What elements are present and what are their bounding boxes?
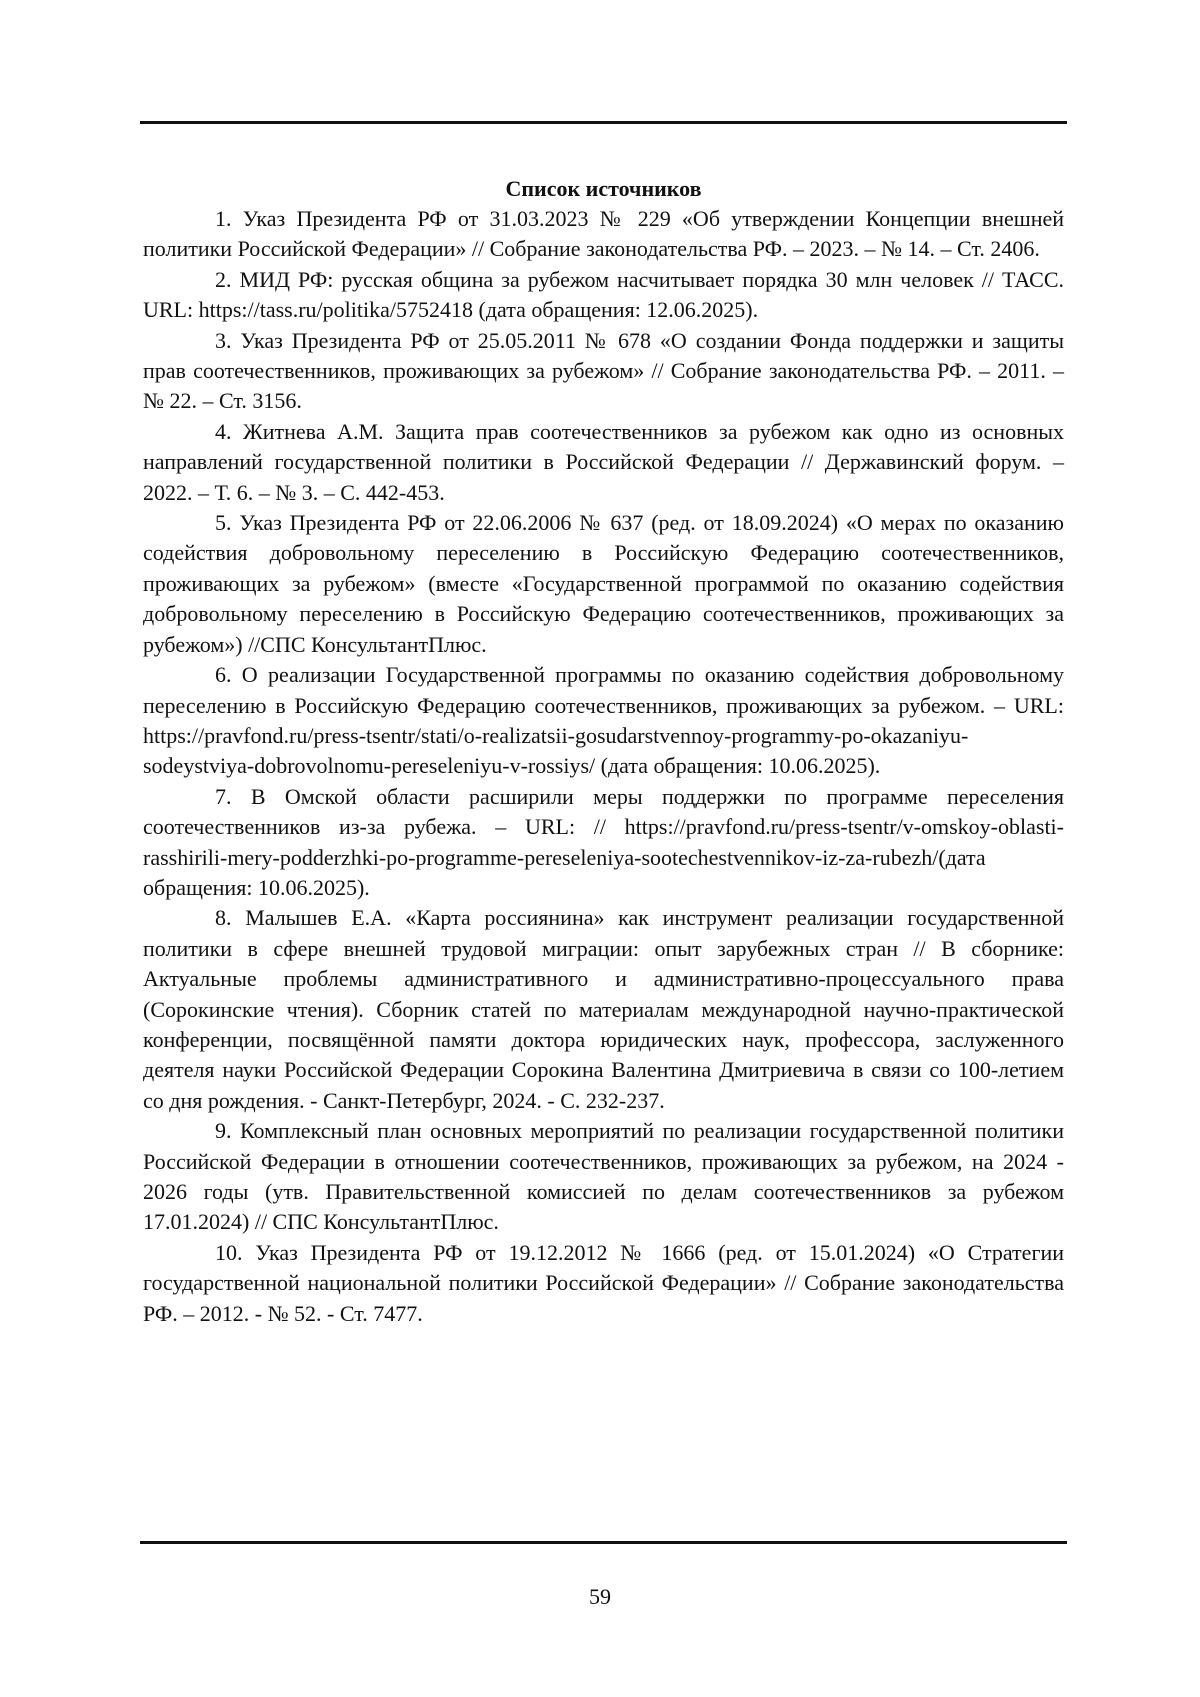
reference-number: 5. <box>215 510 232 535</box>
reference-text: Малышев Е.А. «Карта россиянина» как инст… <box>143 905 1064 1112</box>
section-title: Список источников <box>143 174 1064 204</box>
reference-number: 2. <box>215 267 232 292</box>
reference-item: 4. Житнева А.М. Защита прав соотечествен… <box>143 417 1064 508</box>
reference-number: 7. <box>215 784 232 809</box>
reference-list: 1. Указ Президента РФ от 31.03.2023 № 22… <box>143 204 1064 1329</box>
reference-item: 3. Указ Президента РФ от 25.05.2011 № 67… <box>143 326 1064 417</box>
reference-number: 6. <box>215 662 232 687</box>
reference-number: 3. <box>215 328 232 353</box>
reference-text: Указ Президента РФ от 22.06.2006 № 637 (… <box>143 510 1064 657</box>
reference-number: 8. <box>215 905 232 930</box>
reference-text: МИД РФ: русская община за рубежом насчит… <box>143 267 1064 322</box>
reference-number: 1. <box>215 206 232 231</box>
reference-item: 10. Указ Президента РФ от 19.12.2012 № 1… <box>143 1238 1064 1329</box>
reference-text: Комплексный план основных мероприятий по… <box>143 1118 1064 1234</box>
footer-rule <box>140 1541 1067 1544</box>
reference-text: О реализации Государственной программы п… <box>143 662 1064 778</box>
reference-number: 10. <box>215 1240 243 1265</box>
reference-text: Указ Президента РФ от 25.05.2011 № 678 «… <box>143 328 1064 414</box>
reference-item: 6. О реализации Государственной программ… <box>143 660 1064 782</box>
reference-item: 2. МИД РФ: русская община за рубежом нас… <box>143 265 1064 326</box>
page-number: 59 <box>0 1584 1200 1610</box>
reference-number: 9. <box>215 1118 232 1143</box>
reference-item: 8. Малышев Е.А. «Карта россиянина» как и… <box>143 903 1064 1116</box>
document-body: Список источников 1. Указ Президента РФ … <box>143 174 1064 1329</box>
header-rule <box>140 121 1067 124</box>
reference-text: Житнева А.М. Защита прав соотечественник… <box>143 419 1064 505</box>
reference-text: Указ Президента РФ от 19.12.2012 № 1666 … <box>143 1240 1064 1326</box>
reference-item: 5. Указ Президента РФ от 22.06.2006 № 63… <box>143 508 1064 660</box>
reference-text: Указ Президента РФ от 31.03.2023 № 229 «… <box>143 206 1064 261</box>
reference-text: В Омской области расширили меры поддержк… <box>143 784 1064 900</box>
reference-item: 9. Комплексный план основных мероприятий… <box>143 1116 1064 1238</box>
reference-item: 7. В Омской области расширили меры подде… <box>143 782 1064 904</box>
reference-item: 1. Указ Президента РФ от 31.03.2023 № 22… <box>143 204 1064 265</box>
reference-number: 4. <box>215 419 232 444</box>
